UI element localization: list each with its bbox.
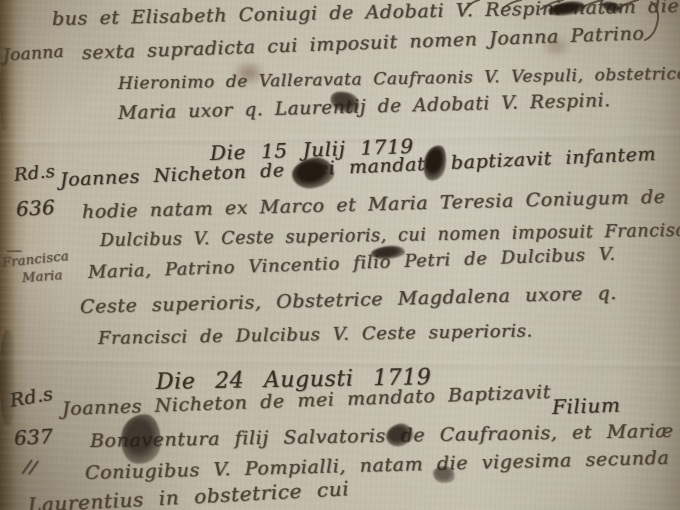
ink-smudge	[232, 60, 266, 86]
manuscript-line: Filium	[552, 393, 621, 419]
manuscript-photo: bus et Elisabeth Coniugi de Adobati V. R…	[0, 0, 680, 510]
margin-entry-number: 637	[13, 424, 53, 450]
margin-annotation: Maria	[21, 268, 63, 286]
book-binding-edge	[0, 60, 10, 130]
margin-reverend-abbrev: Rd.s	[13, 161, 56, 186]
ink-smudge	[540, 34, 572, 58]
margin-slash-mark: ∕∕	[23, 456, 39, 479]
margin-entry-number: 636	[15, 195, 55, 221]
ink-blot	[432, 465, 456, 485]
ink-blot	[119, 412, 163, 465]
margin-annotation: Joanna	[2, 42, 64, 66]
